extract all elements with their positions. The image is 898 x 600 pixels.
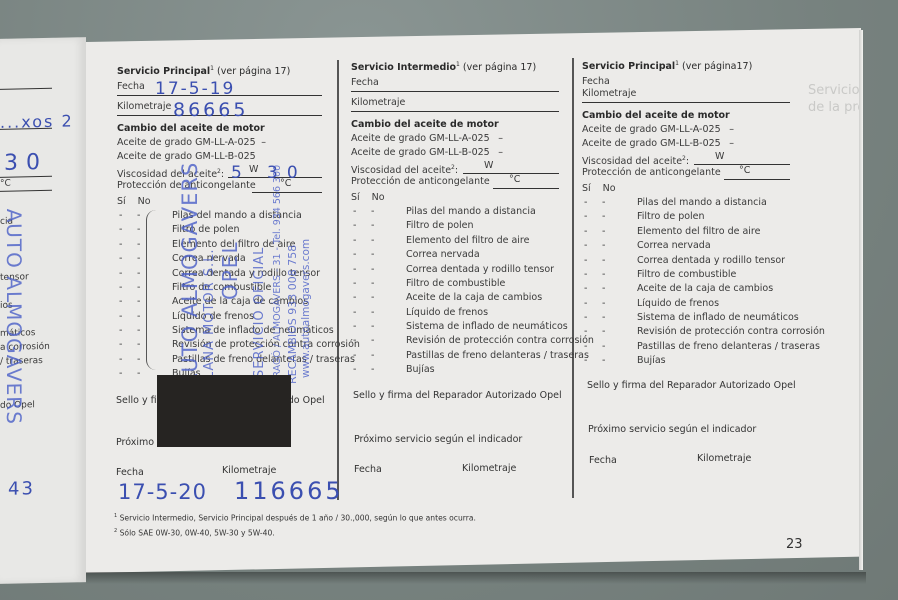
checklist-item[interactable]: --Pastillas de freno delanteras / traser… xyxy=(351,349,559,363)
viscosity-value-left: 5 xyxy=(231,166,244,180)
viscosity-w: W xyxy=(715,150,724,164)
no-checkbox[interactable]: - xyxy=(137,324,140,338)
yes-checkbox[interactable]: - xyxy=(119,310,122,324)
yes-checkbox[interactable]: - xyxy=(353,263,356,277)
fecha-label: Fecha xyxy=(582,76,610,87)
oil-grade-a-label: Aceite de grado GM-LL-A-025 xyxy=(351,133,490,144)
fecha-value: 17-5-19 xyxy=(155,82,235,96)
checklist-item-label: Filtro de combustible xyxy=(406,277,505,291)
antifreeze-label: Protección de anticongelante xyxy=(351,176,490,187)
checklist-item[interactable]: --Aceite de la caja de cambios xyxy=(582,282,790,296)
oil-grade-a-row[interactable]: Aceite de grado GM-LL-A-025– xyxy=(582,123,790,137)
no-checkbox[interactable]: - xyxy=(371,363,374,377)
oil-section-title: Cambio del aceite de motor xyxy=(582,109,790,123)
stamp-line: www.autoalmogavers.com xyxy=(300,239,312,378)
page-shadow xyxy=(86,572,866,584)
no-checkbox[interactable]: - xyxy=(371,334,374,348)
km-field[interactable]: Kilometraje 86665 xyxy=(117,100,322,116)
yes-checkbox[interactable]: - xyxy=(353,334,356,348)
yes-checkbox[interactable]: - xyxy=(584,196,587,210)
yes-checkbox[interactable]: - xyxy=(353,320,356,334)
next-km-label: Kilometraje xyxy=(462,463,516,474)
no-checkbox[interactable]: - xyxy=(602,297,605,311)
km-value: 86665 xyxy=(173,103,248,117)
yes-checkbox[interactable]: - xyxy=(353,234,356,248)
next-km-label: Kilometraje xyxy=(697,453,751,464)
page-edge xyxy=(859,30,863,570)
dash: – xyxy=(498,132,503,146)
checklist-item[interactable]: --Líquido de frenos xyxy=(351,306,559,320)
no-checkbox[interactable]: - xyxy=(371,248,374,262)
dash: – xyxy=(729,123,734,137)
km-field[interactable]: Kilometraje xyxy=(351,96,559,112)
yes-checkbox[interactable]: - xyxy=(584,354,587,368)
no-checkbox[interactable]: - xyxy=(602,340,605,354)
checklist-item[interactable]: --Aceite de la caja de cambios xyxy=(351,291,559,305)
footnotes: 1 Servicio Intermedio, Servicio Principa… xyxy=(114,510,476,539)
dash: – xyxy=(729,137,734,151)
yes-checkbox[interactable]: - xyxy=(584,225,587,239)
next-fecha-value: 17-5-20 xyxy=(118,480,207,504)
next-fecha-label: Fecha xyxy=(589,455,617,466)
yes-checkbox[interactable]: - xyxy=(353,248,356,262)
yes-checkbox[interactable]: - xyxy=(353,277,356,291)
checklist-item-label: Correa nervada xyxy=(637,239,711,253)
yes-checkbox[interactable]: - xyxy=(584,210,587,224)
antifreeze-line xyxy=(493,188,559,189)
no-checkbox[interactable]: - xyxy=(137,295,140,309)
checklist-item-label: Pastillas de freno delanteras / traseras xyxy=(406,349,589,363)
km-field[interactable]: Kilometraje xyxy=(582,89,790,103)
yes-checkbox[interactable]: - xyxy=(119,267,122,281)
no-checkbox[interactable]: - xyxy=(371,291,374,305)
service-column-2: Servicio Intermedio1 (ver página 17) Fec… xyxy=(351,58,559,378)
oil-section-title: Cambio del aceite de motor xyxy=(351,118,559,132)
checklist-item[interactable]: --Sistema de inflado de neumáticos xyxy=(351,320,559,334)
handwritten-date-partial: 43 xyxy=(8,478,35,500)
no-checkbox[interactable]: - xyxy=(602,239,605,253)
yes-checkbox[interactable]: - xyxy=(584,254,587,268)
viscosity-w: W xyxy=(484,159,493,173)
stamp-line: ARAGÓ / ALMOGÀVERS - 31 - Tel. 934 566 3… xyxy=(272,165,283,384)
no-checkbox[interactable]: - xyxy=(137,353,140,367)
yes-checkbox[interactable]: - xyxy=(584,340,587,354)
yes-no-header: SíNo xyxy=(117,195,322,209)
field-line xyxy=(0,176,52,178)
km-label: Kilometraje xyxy=(351,96,405,110)
checklist-item-label: Filtro de polen xyxy=(637,210,705,224)
yes-no-header: SíNo xyxy=(582,182,790,196)
checklist-item-label: Sistema de inflado de neumáticos xyxy=(637,311,799,325)
checklist-item[interactable]: --Líquido de frenos xyxy=(582,297,790,311)
yes-checkbox[interactable]: - xyxy=(119,238,122,252)
handwritten-bracket xyxy=(146,210,157,370)
footnote-1: 1 Servicio Intermedio, Servicio Principa… xyxy=(114,510,476,525)
no-checkbox[interactable]: - xyxy=(371,263,374,277)
no-checkbox[interactable]: - xyxy=(137,252,140,266)
no-checkbox[interactable]: - xyxy=(371,320,374,334)
checklist-item[interactable]: --Elemento del filtro de aire xyxy=(351,234,559,248)
yes-checkbox[interactable]: - xyxy=(584,311,587,325)
no-checkbox[interactable]: - xyxy=(602,254,605,268)
dash: – xyxy=(498,146,503,160)
viscosity-row[interactable]: Viscosidad del aceite2: W xyxy=(582,152,790,166)
yes-checkbox[interactable]: - xyxy=(353,349,356,363)
checklist-item[interactable]: --Filtro de combustible xyxy=(351,277,559,291)
antifreeze-label: Protección de anticongelante xyxy=(582,167,721,178)
checklist-item[interactable]: --Correa dentada y rodillo tensor xyxy=(351,263,559,277)
no-checkbox[interactable]: - xyxy=(371,277,374,291)
stamp-line: RECAMBIOS 933 008 758 xyxy=(286,245,299,384)
checklist-item-label: Filtro de combustible xyxy=(637,268,736,282)
oil-grade-a-label: Aceite de grado GM-LL-A-025 xyxy=(582,124,721,135)
checklist-item-label: Filtro de polen xyxy=(406,219,474,233)
seal-label: Sello y firma del Reparador Autorizado O… xyxy=(587,380,796,391)
checklist: --Pilas del mando a distancia--Filtro de… xyxy=(582,196,790,369)
checklist-item[interactable]: --Correa dentada y rodillo tensor xyxy=(582,254,790,268)
checklist-item-label: Pilas del mando a distancia xyxy=(406,205,536,219)
checklist-item-label: Bujías xyxy=(637,354,666,368)
column-divider xyxy=(572,58,574,498)
no-checkbox[interactable]: - xyxy=(371,219,374,233)
stamp-line: AUTO ALMOGAVERS xyxy=(178,162,202,388)
checklist-item[interactable]: --Revisión de protección contra corrosió… xyxy=(351,334,559,348)
yes-checkbox[interactable]: - xyxy=(119,281,122,295)
checklist-item[interactable]: --Correa nervada xyxy=(582,239,790,253)
no-checkbox[interactable]: - xyxy=(137,281,140,295)
footnote-2: 2 Sólo SAE 0W-30, 0W-40, 5W-30 y 5W-40. xyxy=(114,525,476,540)
antifreeze-unit: °C xyxy=(509,173,520,187)
fecha-field[interactable]: Fecha 17-5-19 xyxy=(117,80,322,96)
yes-checkbox[interactable]: - xyxy=(584,297,587,311)
oil-grade-b-row[interactable]: Aceite de grado GM-LL-B-025– xyxy=(351,146,559,160)
no-checkbox[interactable]: - xyxy=(602,268,605,282)
stamp-line: PLANA MOTOR S.L. xyxy=(202,248,217,388)
no-checkbox[interactable]: - xyxy=(602,282,605,296)
yes-checkbox[interactable]: - xyxy=(584,282,587,296)
service-title: Servicio Principal1 (ver página 17) xyxy=(117,62,322,80)
antifreeze-line xyxy=(252,192,322,193)
next-fecha-label: Fecha xyxy=(116,467,144,478)
next-fecha-label: Fecha xyxy=(354,464,382,475)
stamp-line: OPEL xyxy=(218,240,242,300)
oil-grade-a-label: Aceite de grado GM-LL-A-025 xyxy=(117,137,256,148)
fecha-label: Fecha xyxy=(117,80,145,94)
no-checkbox[interactable]: - xyxy=(371,349,374,363)
yes-checkbox[interactable]: - xyxy=(119,324,122,338)
checklist-item[interactable]: --Pilas del mando a distancia xyxy=(351,205,559,219)
no-checkbox[interactable]: - xyxy=(602,311,605,325)
handwritten-viscosity-partial: 30 xyxy=(4,150,48,176)
service-title: Servicio Principal1 (ver página17) xyxy=(582,57,790,75)
checklist-item-label: Elemento del filtro de aire xyxy=(406,234,529,248)
yes-checkbox[interactable]: - xyxy=(119,338,122,352)
no-checkbox[interactable]: - xyxy=(137,338,140,352)
checklist-item-label: Líquido de frenos xyxy=(406,306,488,320)
antifreeze-row[interactable]: Protección de anticongelante °C xyxy=(582,166,790,180)
checklist-item-label: Bujías xyxy=(406,363,435,377)
no-checkbox[interactable]: - xyxy=(137,223,140,237)
next-km-value: 116665 xyxy=(234,477,344,505)
yes-checkbox[interactable]: - xyxy=(353,363,356,377)
checklist-item[interactable]: --Pastillas de freno delanteras / traser… xyxy=(582,340,790,354)
no-checkbox[interactable]: - xyxy=(602,225,605,239)
dash: – xyxy=(261,136,266,150)
no-checkbox[interactable]: - xyxy=(602,354,605,368)
oil-grade-b-label: Aceite de grado GM-LL-B-025 xyxy=(582,138,721,149)
yes-checkbox[interactable]: - xyxy=(119,367,122,381)
stamp-line: SERVICIO OFICIAL xyxy=(252,247,267,378)
service-title: Servicio Intermedio1 (ver página 17) xyxy=(351,58,559,76)
checklist: --Pilas del mando a distancia--Filtro de… xyxy=(351,205,559,378)
yes-checkbox[interactable]: - xyxy=(584,325,587,339)
yes-checkbox[interactable]: - xyxy=(584,268,587,282)
show-through-text: Servicio xyxy=(808,83,860,98)
checklist-item-label: Aceite de la caja de cambios xyxy=(637,282,773,296)
no-checkbox[interactable]: - xyxy=(602,196,605,210)
checklist-item[interactable]: --Bujías xyxy=(582,354,790,368)
checklist-item[interactable]: --Bujías xyxy=(351,363,559,377)
no-checkbox[interactable]: - xyxy=(371,205,374,219)
service-column-3: Servicio Principal1 (ver página17) Fecha… xyxy=(582,57,790,369)
antifreeze-row[interactable]: Protección de anticongelante °C xyxy=(351,175,559,189)
checklist-item[interactable]: --Filtro de combustible xyxy=(582,268,790,282)
antifreeze-row[interactable]: Protección de anticongelante °C xyxy=(117,179,322,193)
no-checkbox[interactable]: - xyxy=(137,238,140,252)
km-label: Kilometraje xyxy=(582,87,636,101)
next-service-label: Próximo servicio según el indicador xyxy=(588,424,756,435)
checklist-item[interactable]: --Sistema de inflado de neumáticos xyxy=(582,311,790,325)
no-checkbox[interactable]: - xyxy=(137,267,140,281)
checklist-item-label: Correa dentada y rodillo tensor xyxy=(637,254,785,268)
yes-no-header: SíNo xyxy=(351,191,559,205)
checklist-item[interactable]: --Elemento del filtro de aire xyxy=(582,225,790,239)
next-service-label: Próximo servicio según el indicador xyxy=(354,434,522,445)
handwritten-km-partial: ...xos 2 xyxy=(0,111,74,132)
seal-label: Sello y firma del Reparador Autorizado O… xyxy=(353,390,562,401)
antifreeze-line xyxy=(724,179,790,180)
checklist-item-label: Pilas del mando a distancia xyxy=(637,196,767,210)
km-label: Kilometraje xyxy=(117,100,171,114)
checklist-item[interactable]: --Pilas del mando a distancia xyxy=(582,196,790,210)
field-line xyxy=(0,190,52,192)
page-number: 23 xyxy=(786,537,803,552)
checklist-item-label: Revisión de protección contra corrosión xyxy=(637,325,825,339)
checklist-item-label: Elemento del filtro de aire xyxy=(637,225,760,239)
yes-checkbox[interactable]: - xyxy=(353,291,356,305)
unit-label: °C xyxy=(0,179,11,189)
yes-checkbox[interactable]: - xyxy=(119,252,122,266)
next-km-label: Kilometraje xyxy=(222,465,276,476)
redaction-box xyxy=(157,375,291,447)
checklist-item[interactable]: --Filtro de polen xyxy=(351,219,559,233)
checklist-item-label: Aceite de la caja de cambios xyxy=(406,291,542,305)
viscosity-row[interactable]: Viscosidad del aceite2: W xyxy=(351,161,559,175)
checklist-item-label: Revisión de protección contra corrosión xyxy=(406,334,594,348)
yes-checkbox[interactable]: - xyxy=(353,306,356,320)
checklist-item[interactable]: --Revisión de protección contra corrosió… xyxy=(582,325,790,339)
no-checkbox[interactable]: - xyxy=(371,234,374,248)
no-checkbox[interactable]: - xyxy=(602,210,605,224)
fecha-label: Fecha xyxy=(351,76,379,90)
antifreeze-unit: °C xyxy=(739,164,750,178)
checklist-item[interactable]: --Correa nervada xyxy=(351,248,559,262)
checklist-item[interactable]: --Filtro de polen xyxy=(582,210,790,224)
column-divider xyxy=(337,60,339,500)
no-checkbox[interactable]: - xyxy=(371,306,374,320)
no-checkbox[interactable]: - xyxy=(137,310,140,324)
yes-checkbox[interactable]: - xyxy=(584,239,587,253)
left-page: ...xos 2 30 °C cia tensor ios máticos a … xyxy=(0,37,86,584)
oil-grade-a-row[interactable]: Aceite de grado GM-LL-A-025– xyxy=(117,136,322,150)
checklist-item-label: Sistema de inflado de neumáticos xyxy=(406,320,568,334)
oil-grade-b-row[interactable]: Aceite de grado GM-LL-B-025– xyxy=(582,137,790,151)
oil-grade-a-row[interactable]: Aceite de grado GM-LL-A-025– xyxy=(351,132,559,146)
no-checkbox[interactable]: - xyxy=(137,209,140,223)
checklist-item-label: Pastillas de freno delanteras / traseras xyxy=(637,340,820,354)
oil-section-title: Cambio del aceite de motor xyxy=(117,122,322,136)
stamp-partial: AUTO ALMOGAVERS xyxy=(2,208,26,425)
no-checkbox[interactable]: - xyxy=(137,367,140,381)
yes-checkbox[interactable]: - xyxy=(353,205,356,219)
fecha-field[interactable]: Fecha xyxy=(351,76,559,92)
yes-checkbox[interactable]: - xyxy=(119,295,122,309)
yes-checkbox[interactable]: - xyxy=(353,219,356,233)
oil-grade-b-label: Aceite de grado GM-LL-B-025 xyxy=(351,147,490,158)
yes-checkbox[interactable]: - xyxy=(119,223,122,237)
yes-checkbox[interactable]: - xyxy=(119,353,122,367)
no-checkbox[interactable]: - xyxy=(602,325,605,339)
checklist-item-label: Correa nervada xyxy=(406,248,480,262)
viscosity-w: W xyxy=(249,163,258,177)
checklist-item-label: Líquido de frenos xyxy=(637,297,719,311)
field-line xyxy=(0,88,52,90)
checklist-item-label: Correa dentada y rodillo tensor xyxy=(406,263,554,277)
yes-checkbox[interactable]: - xyxy=(119,209,122,223)
